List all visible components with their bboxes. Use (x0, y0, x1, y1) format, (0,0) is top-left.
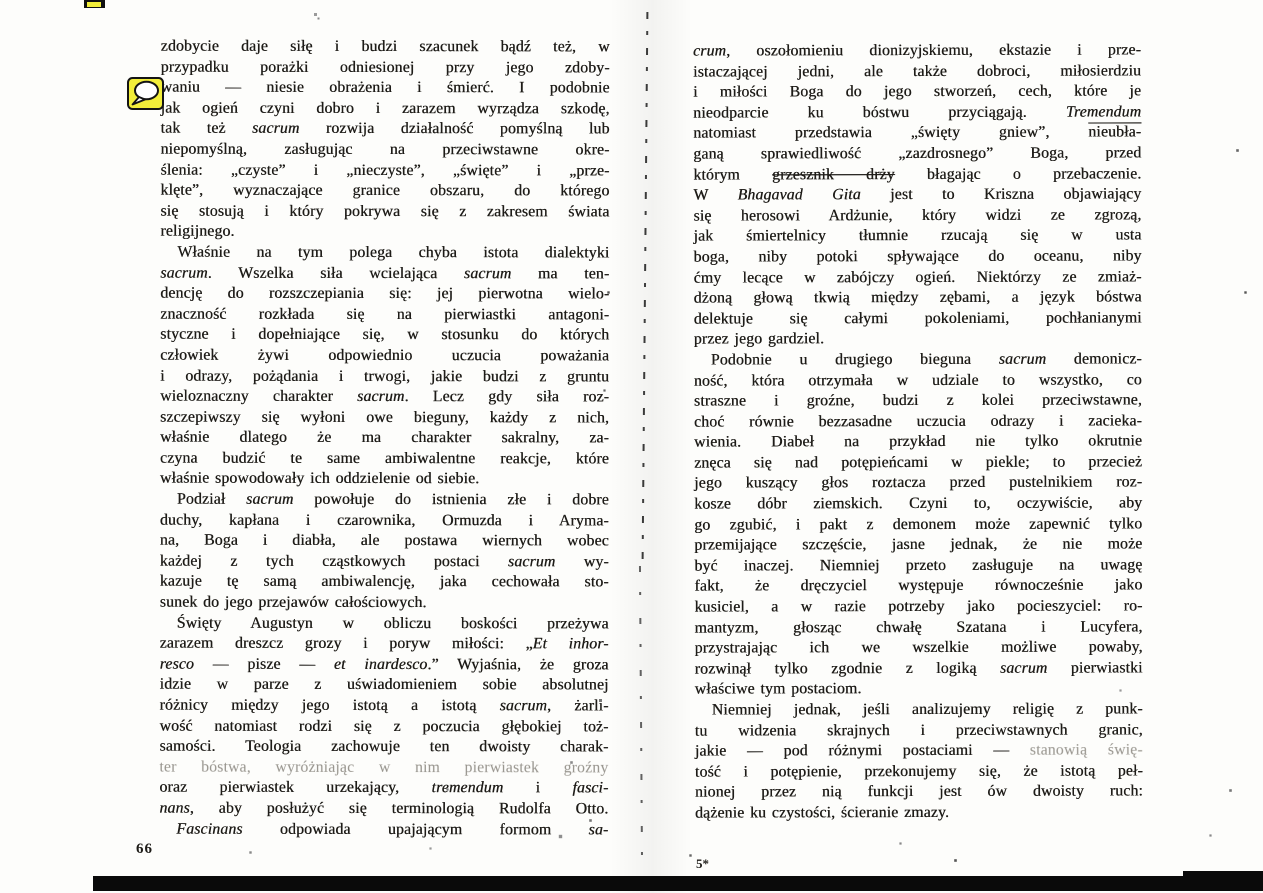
text-line: zarazem dreszcz grozy i poryw miłości: „… (160, 634, 609, 655)
text-line: Podobnie u drugiego bieguna sacrum demon… (694, 349, 1142, 371)
text-line: właśnie dlatego że ma charakter sakralny… (160, 428, 609, 449)
text-line: tość i potępienie, przekonujemy się, że … (695, 761, 1143, 783)
text-line: samości. Teologia zachowuje ten dwoisty … (159, 737, 608, 758)
text-line: jak śmiertelnicy tłumnie rzucają się w u… (693, 226, 1141, 248)
text-line: go zgubić, i pakt z demonem może zapewni… (694, 514, 1142, 536)
text-line: jego kuszący głos roztacza przed pusteln… (694, 473, 1142, 495)
text-line: klęte”, wyznaczające granice obszaru, do… (160, 181, 609, 202)
text-line: przez jego gardziel. (694, 329, 1142, 351)
text-line: ganą sprawiedliwość „zazdrosnego” Boga, … (693, 143, 1141, 165)
text-line: przystrajając ich we wszelkie możliwe po… (695, 638, 1143, 660)
bottom-scan-bar (1183, 871, 1263, 879)
text-line: przemijające szczęście, jasne jednak, że… (694, 535, 1142, 557)
text-line: idzie w parze z uświadomieniem sobie abs… (160, 675, 609, 696)
text-line: tu widzenia skrajnych i przeciwstawnych … (695, 720, 1143, 742)
scan-smudge (84, 0, 105, 8)
text-line: znęca się nad potępieńcami w piekle; to … (694, 452, 1142, 474)
text-line: niepomyślną, zasługując na przeciwstawne… (160, 140, 609, 161)
page-fold-shadow (610, 0, 692, 893)
text-line: nans, aby posłużyć się terminologią Rudo… (159, 799, 608, 820)
text-line: fakt, że dręczyciel występuje równocześn… (694, 576, 1142, 598)
text-line: choć równie bezzasadne uczucia odrazy i … (694, 411, 1142, 433)
text-line: ćmy lecące w zabójczy ogień. Niektórzy z… (694, 267, 1142, 289)
text-line: być inaczej. Niemniej przeto zasługuje n… (694, 555, 1142, 577)
text-line: właściwe tym postaciom. (695, 679, 1143, 701)
text-line: sacrum. Wszelka siła wcielająca sacrum m… (160, 263, 609, 284)
text-line: właśnie spowodowały ich oddzielenie od s… (160, 469, 609, 490)
text-line: wość natomiast rodzi się z poczucia głęb… (159, 716, 608, 737)
paragraph: Podobnie u drugiego bieguna sacrum demon… (694, 349, 1143, 700)
text-line: się stosują i który pokrywa się z zakres… (160, 201, 609, 222)
text-line: boga, niby potoki spływające do oceanu, … (694, 246, 1142, 268)
text-line: ność, która otrzymała w udziale to wszys… (694, 370, 1142, 392)
text-line: każdej z tych cząstkowych postaci sacrum… (160, 551, 609, 572)
text-line: resco — pisze — et inardesco.” Wyjaśnia,… (160, 654, 609, 675)
text-line: crum, oszołomieniu dionizyjskiemu, eksta… (693, 40, 1141, 62)
text-line: i miłości Boga do jego stworzeń, cech, k… (693, 82, 1141, 104)
text-line: czyna budzić te same ambiwalentne reakcj… (160, 448, 609, 469)
text-line: przypadku porażki odniesionej przy jego … (161, 57, 610, 78)
text-line: waniu — niesie obrażenia i śmierć. I pod… (161, 78, 610, 99)
text-line: religijnego. (160, 222, 609, 243)
text-line: W Bhagavad Gita jest to Kriszna objawiaj… (693, 185, 1141, 207)
text-line: dencję do rozszczepiania się: jej pierwo… (160, 284, 609, 305)
paragraph: Podział sacrum powołuje do istnienia złe… (160, 490, 609, 614)
text-line: jakie — pod różnymi postaciami — stanowi… (695, 741, 1143, 763)
text-line: istaczającej jedni, ale także dobroci, m… (693, 61, 1141, 83)
text-line: wienia. Diabeł na przykład nie tylko okr… (694, 432, 1142, 454)
text-line: kazuje tę samą ambiwalencję, jaka cechow… (160, 572, 609, 593)
paragraph: zdobycie daje siłę i budzi szacunek bądź… (160, 37, 609, 244)
bottom-scan-bar (93, 876, 1263, 891)
page-number-left: 66 (136, 841, 153, 858)
paragraph: crum, oszołomieniu dionizyjskiemu, eksta… (693, 40, 1142, 350)
page-left: zdobycie daje siłę i budzi szacunek bądź… (159, 37, 609, 841)
scan-noise (0, 0, 1, 1)
text-line: straszne i groźne, budzi z kolei przeciw… (694, 391, 1142, 413)
text-line: na, Boga i diabła, ale postawa wiernych … (160, 531, 609, 552)
book-scan: { "document": { "kind": "scanned-book-sp… (0, 0, 1263, 893)
text-line: wieloznaczny charakter sacrum. Lecz gdy … (160, 387, 609, 408)
text-line: szczepiwszy się wyłoni owe bieguny, każd… (160, 407, 609, 428)
text-line: mantyzm, głosząc chwałę Szatana i Lucyfe… (694, 617, 1142, 639)
text-line: ter bóstwa, wyróżniając w nim pierwiaste… (159, 757, 608, 778)
paragraph: Właśnie na tym polega chyba istota diale… (160, 243, 609, 491)
text-line: Święty Augustyn w obliczu boskości przeż… (160, 613, 609, 634)
text-line: znaczność rozkłada się na pierwiastki an… (160, 304, 609, 325)
comment-bubble-icon (127, 77, 164, 110)
text-line: się herosowi Ardżunie, który widzi ze zg… (693, 205, 1141, 227)
page-right: crum, oszołomieniu dionizyjskiemu, eksta… (693, 40, 1143, 824)
comment-annotation[interactable] (127, 77, 164, 110)
paragraph: Fascinans odpowiada upajającym formom sa… (159, 819, 608, 840)
text-line: kusiciel, a w razie potrzeby jako pocies… (694, 596, 1142, 618)
text-line: styczne i dopełniające się, w stosunku d… (160, 325, 609, 346)
text-line: duchy, kapłana i czarownika, Ormuzda i A… (160, 510, 609, 531)
paragraph: Niemniej jednak, jeśli analizujemy relig… (695, 699, 1143, 824)
text-line: kosze dóbr ziemskich. Czyni to, oczywiśc… (694, 493, 1142, 515)
text-line: Niemniej jednak, jeśli analizujemy relig… (695, 699, 1143, 721)
text-line: nieodparcie ku bóstwu przyciągają. Treme… (693, 102, 1141, 124)
text-line: i odrazy, pożądania i trwogi, jakie budz… (160, 366, 609, 387)
text-line: Fascinans odpowiada upajającym formom sa… (159, 819, 608, 840)
text-line: różnicy między jego istotą a istotą sacr… (160, 696, 609, 717)
text-line: rozwinął tylko zgodnie z logiką sacrum p… (695, 658, 1143, 680)
text-line: sunek do jego przejawów całościowych. (160, 593, 609, 614)
text-line: którym grzesznik drży błagając o przebac… (693, 164, 1141, 186)
text-line: oraz pierwiastek urzekający, tremendum i… (159, 778, 608, 799)
text-line: człowiek żywi odpowiednio uczucia poważa… (160, 346, 609, 367)
text-line: delektuje się całymi pokoleniami, pochła… (694, 308, 1142, 330)
text-line: ślenia: „czyste” i „nieczyste”, „święte”… (160, 160, 609, 181)
text-line: jak ogień czyni dobro i zarazem wyrządza… (161, 98, 610, 119)
text-line: Podział sacrum powołuje do istnienia złe… (160, 490, 609, 511)
text-line: tak też sacrum rozwija działalność pomyś… (161, 119, 610, 140)
text-line: zdobycie daje siłę i budzi szacunek bądź… (161, 37, 610, 58)
text-line: nionej przez nią funkcji jest ów dwoisty… (695, 782, 1143, 804)
text-line: dżoną głową tkwią między zębami, a język… (694, 288, 1142, 310)
text-line: dążenie ku czystości, ścieranie zmazy. (695, 802, 1143, 824)
page-number-right: 5* (696, 856, 709, 872)
text-line: Właśnie na tym polega chyba istota diale… (160, 243, 609, 264)
text-line: natomiast przedstawia „święty gniew”, ni… (693, 123, 1141, 145)
paragraph: Święty Augustyn w obliczu boskości przeż… (159, 613, 608, 820)
